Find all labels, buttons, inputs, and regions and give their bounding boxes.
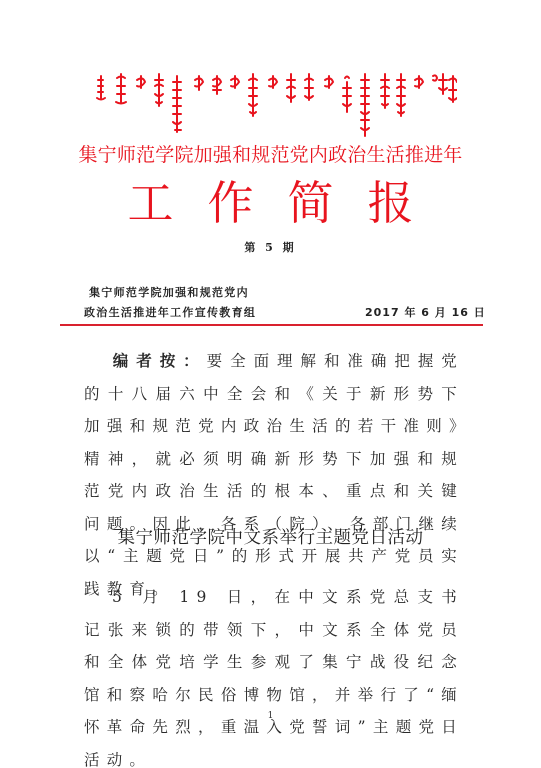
mongolian-script-icon — [95, 72, 457, 138]
publish-date: 2017 年 6 月 16 日 — [365, 304, 486, 320]
article-heading: 集宁师范学院中文系举行主题党日活动 — [0, 524, 541, 549]
bulletin-title: 工作简报 — [0, 176, 541, 230]
page-number: 1 — [0, 711, 541, 721]
bulletin-subtitle: 集宁师范学院加强和规范党内政治生活推进年 — [0, 143, 541, 167]
article-paragraph-text: 5 月 19 日，在中文系党总支书记张来锁的带领下，中文系全体党员和全体党培学生… — [84, 588, 464, 768]
red-divider — [60, 324, 483, 326]
editor-note-text: 要全面理解和准确把握党的十八届六中全会和《关于新形势下加强和规范党内政治生活的若… — [84, 352, 464, 598]
publisher-line-2: 政治生活推进年工作宣传教育组 — [84, 304, 256, 320]
editor-note: 编者按：要全面理解和准确把握党的十八届六中全会和《关于新形势下加强和规范党内政治… — [84, 345, 464, 605]
editor-note-label: 编者按： — [112, 351, 207, 370]
mongolian-masthead — [95, 72, 457, 138]
article-paragraph: 5 月 19 日，在中文系党总支书记张来锁的带领下，中文系全体党员和全体党培学生… — [84, 581, 464, 768]
issue-number: 第 5 期 — [0, 239, 541, 255]
publisher-line-1: 集宁师范学院加强和规范党内 — [89, 284, 249, 300]
